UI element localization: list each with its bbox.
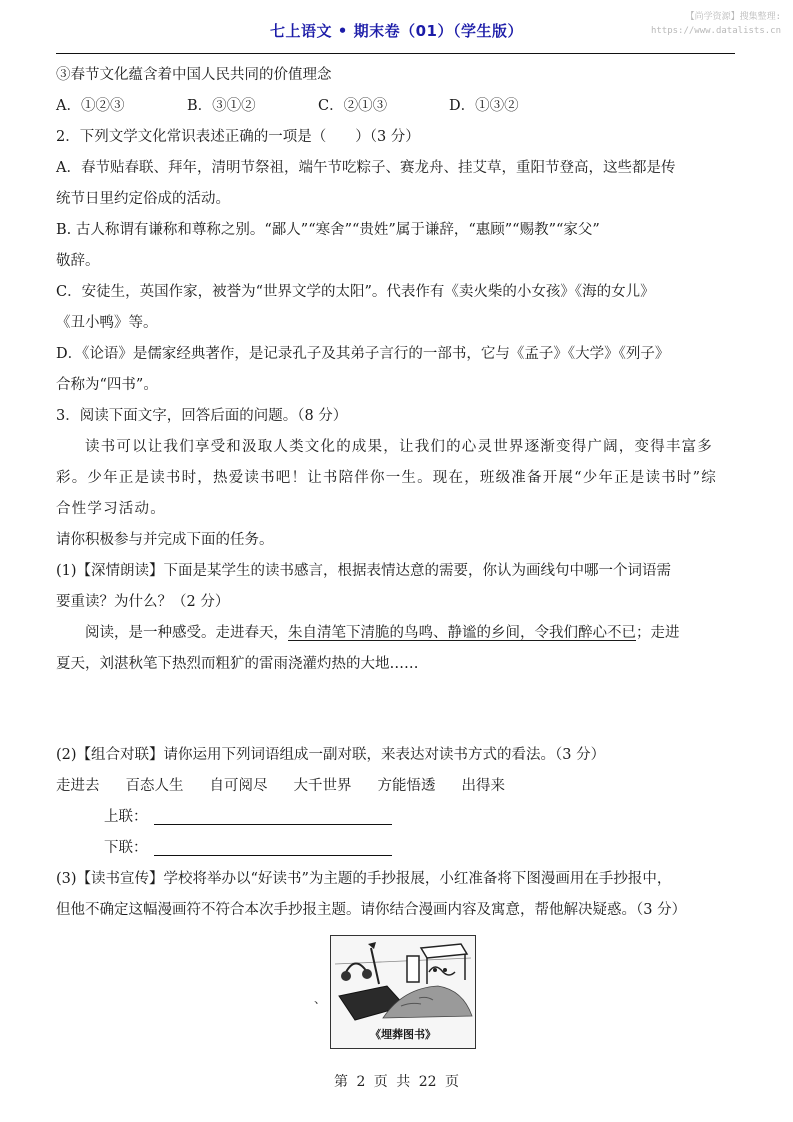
q3-sub3-line1: (3)【读书宣传】学校将举办以“好读书”为主题的手抄报展，小红准备将下图漫画用在… bbox=[56, 864, 741, 895]
lower-couplet-label: 下联： bbox=[104, 833, 148, 864]
q2-option-b-line2: 敬辞。 bbox=[56, 246, 741, 277]
q3-passage-line1: 读书可以让我们享受和汲取人类文化的成果，让我们的心灵世界逐渐变得广阔，变得丰富多 bbox=[56, 432, 741, 463]
q3-sub2-stem: (2)【组合对联】请你运用下列词语组成一副对联，来表达对读书方式的看法。（3 分… bbox=[56, 740, 741, 771]
upper-couplet-label: 上联： bbox=[104, 802, 148, 833]
upper-couplet-row: 上联： bbox=[56, 802, 741, 833]
q3-sub1-line2: 要重读？为什么？（2 分） bbox=[56, 587, 741, 618]
lower-couplet-row: 下联： bbox=[56, 833, 741, 864]
q2-option-d-line2: 合称为“四书”。 bbox=[56, 370, 741, 401]
word-bank-item: 大千世界 bbox=[294, 771, 352, 802]
q1-option-c: C．②①③ bbox=[318, 91, 449, 122]
q3-sub1-line1: (1)【深情朗读】下面是某学生的读书感言，根据表情达意的需要，你认为画线句中哪一… bbox=[56, 556, 741, 587]
header-divider bbox=[56, 53, 735, 54]
quote-underlined-sentence: 朱自清笔下清脆的鸟鸣、静谧的乡间，令我们醉心不已 bbox=[288, 625, 636, 641]
word-bank-item: 自可阅尽 bbox=[210, 771, 268, 802]
q3-sub3-line2: 但他不确定这幅漫画符不符合本次手抄报主题。请你结合漫画内容及寓意，帮他解决疑惑。… bbox=[56, 895, 741, 926]
q3-sub1-quote-line2: 夏天，刘湛秋笔下热烈而粗犷的雷雨浇灌灼热的大地…… bbox=[56, 649, 741, 680]
stray-mark: 、 bbox=[314, 990, 326, 1007]
watermark-url: https://www.datalists.cn bbox=[651, 24, 781, 38]
q2-stem: 2．下列文学文化常识表述正确的一项是（ ）（3 分） bbox=[56, 122, 741, 153]
lower-couplet-blank[interactable] bbox=[154, 841, 392, 856]
quote-pre: 阅读，是一种感受。走进春天， bbox=[85, 625, 288, 641]
q3-instruction: 请你积极参与并完成下面的任务。 bbox=[56, 525, 741, 556]
comic-image-burying-books: 《埋葬图书》 bbox=[330, 935, 476, 1049]
q1-option-b: B．③①② bbox=[187, 91, 318, 122]
q3-passage-line3: 合性学习活动。 bbox=[56, 494, 741, 525]
page-number: 第 2 页 共 22 页 bbox=[0, 1071, 793, 1091]
q2-option-b-line1: B. 古人称谓有谦称和尊称之别。“鄙人”“寒舍”“贵姓”属于谦辞，“惠顾”“赐教… bbox=[56, 215, 741, 246]
quote-post: ；走进 bbox=[636, 625, 680, 641]
couplet-word-bank: 走进去 百态人生 自可阅尽 大千世界 方能悟透 出得来 bbox=[56, 771, 741, 802]
q1-option-d: D．①③② bbox=[449, 91, 580, 122]
answer-space bbox=[56, 680, 741, 740]
word-bank-item: 方能悟透 bbox=[378, 771, 436, 802]
page-content: ③春节文化蕴含着中国人民共同的价值理念 A．①②③ B．③①② C．②①③ D．… bbox=[56, 60, 741, 926]
watermark-source: 【尚学资源】搜集整理: bbox=[651, 10, 781, 24]
q1-options: A．①②③ B．③①② C．②①③ D．①③② bbox=[56, 91, 741, 122]
word-bank-item: 出得来 bbox=[462, 771, 506, 802]
q2-option-a-line2: 统节日里约定俗成的活动。 bbox=[56, 184, 741, 215]
comic-caption: 《埋葬图书》 bbox=[331, 1026, 475, 1042]
q2-option-c-line2: 《丑小鸭》等。 bbox=[56, 308, 741, 339]
q1-item-3: ③春节文化蕴含着中国人民共同的价值理念 bbox=[56, 60, 741, 91]
q3-stem: 3．阅读下面文字，回答后面的问题。（8 分） bbox=[56, 401, 741, 432]
word-bank-item: 百态人生 bbox=[126, 771, 184, 802]
q2-option-c-line1: C．安徒生，英国作家，被誉为“世界文学的太阳”。代表作有《卖火柴的小女孩》《海的… bbox=[56, 277, 741, 308]
upper-couplet-blank[interactable] bbox=[154, 810, 392, 825]
q2-option-d-line1: D．《论语》是儒家经典著作，是记录孔子及其弟子言行的一部书，它与《孟子》《大学》… bbox=[56, 339, 741, 370]
watermark: 【尚学资源】搜集整理: https://www.datalists.cn bbox=[651, 10, 781, 38]
q3-passage-line2: 彩。少年正是读书时，热爱读书吧！让书陪伴你一生。现在，班级准备开展“少年正是读书… bbox=[56, 463, 741, 494]
q3-sub1-quote: 阅读，是一种感受。走进春天，朱自清笔下清脆的鸟鸣、静谧的乡间，令我们醉心不已；走… bbox=[56, 618, 741, 649]
q2-option-a-line1: A．春节贴春联、拜年，清明节祭祖，端午节吃粽子、赛龙舟、挂艾草，重阳节登高，这些… bbox=[56, 153, 741, 184]
word-bank-item: 走进去 bbox=[56, 771, 100, 802]
q1-option-a: A．①②③ bbox=[56, 91, 187, 122]
